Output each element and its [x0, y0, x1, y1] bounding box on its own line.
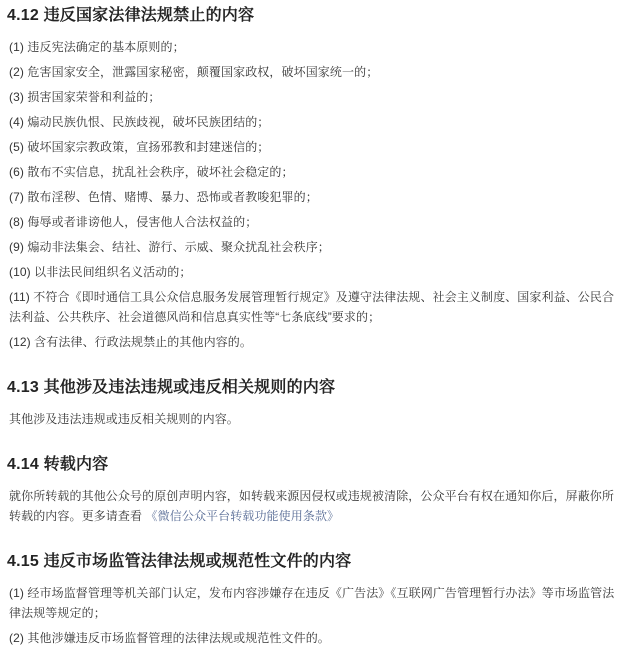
clause-item: (2) 危害国家安全，泄露国家秘密，颠覆国家政权，破坏国家统一的； — [7, 62, 618, 82]
paragraph-text: (4) 煽动民族仇恨、民族歧视，破坏民族团结的； — [9, 115, 269, 129]
section-heading: 4.13 其他涉及违法违规或违反相关规则的内容 — [7, 378, 618, 397]
paragraph-text: (7) 散布淫秽、色情、赌博、暴力、恐怖或者教唆犯罪的； — [9, 190, 318, 204]
clause-item: (9) 煽动非法集会、结社、游行、示威、聚众扰乱社会秩序； — [7, 237, 618, 257]
paragraph-text: (10) 以非法民间组织名义活动的； — [9, 265, 191, 279]
terms-section: 4.15 违反市场监管法律法规或规范性文件的内容(1) 经市场监督管理等机关部门… — [7, 552, 618, 648]
body-paragraph: 就你所转载的其他公众号的原创声明内容，如转载来源因侵权或违规被清除，公众平台有权… — [7, 486, 618, 526]
paragraph-text: (3) 损害国家荣誉和利益的； — [9, 90, 161, 104]
paragraph-text: (2) 危害国家安全，泄露国家秘密，颠覆国家政权，破坏国家统一的； — [9, 65, 378, 79]
section-heading: 4.12 违反国家法律法规禁止的内容 — [7, 6, 618, 25]
paragraph-text: (12) 含有法律、行政法规禁止的其他内容的。 — [9, 335, 252, 349]
paragraph-text: (1) 经市场监督管理等机关部门认定，发布内容涉嫌存在违反《广告法》《互联网广告… — [9, 586, 614, 620]
terms-section: 4.14 转载内容就你所转载的其他公众号的原创声明内容，如转载来源因侵权或违规被… — [7, 455, 618, 526]
clause-item: (7) 散布淫秽、色情、赌博、暴力、恐怖或者教唆犯罪的； — [7, 187, 618, 207]
terms-document: 4.12 违反国家法律法规禁止的内容(1) 违反宪法确定的基本原则的；(2) 危… — [0, 0, 624, 663]
paragraph-text: (8) 侮辱或者诽谤他人，侵害他人合法权益的； — [9, 215, 257, 229]
clause-item: (6) 散布不实信息，扰乱社会秩序，破坏社会稳定的； — [7, 162, 618, 182]
paragraph-text: (11) 不符合《即时通信工具公众信息服务发展管理暂行规定》及遵守法律法规、社会… — [9, 290, 614, 324]
paragraph-text: (5) 破坏国家宗教政策，宣扬邪教和封建迷信的； — [9, 140, 269, 154]
paragraph-text: (2) 其他涉嫌违反市场监督管理的法律法规或规范性文件的。 — [9, 631, 330, 645]
clause-item: (5) 破坏国家宗教政策，宣扬邪教和封建迷信的； — [7, 137, 618, 157]
section-heading: 4.14 转载内容 — [7, 455, 618, 474]
body-paragraph: 其他涉及违法违规或违反相关规则的内容。 — [7, 409, 618, 429]
clause-item: (11) 不符合《即时通信工具公众信息服务发展管理暂行规定》及遵守法律法规、社会… — [7, 287, 618, 327]
clause-item: (8) 侮辱或者诽谤他人，侵害他人合法权益的； — [7, 212, 618, 232]
reprint-terms-link[interactable]: 《微信公众平台转载功能使用条款》 — [146, 509, 340, 523]
paragraph-text: 其他涉及违法违规或违反相关规则的内容。 — [9, 412, 239, 426]
clause-item: (10) 以非法民间组织名义活动的； — [7, 262, 618, 282]
paragraph-text: (6) 散布不实信息，扰乱社会秩序，破坏社会稳定的； — [9, 165, 294, 179]
clause-item: (4) 煽动民族仇恨、民族歧视，破坏民族团结的； — [7, 112, 618, 132]
paragraph-text: (9) 煽动非法集会、结社、游行、示威、聚众扰乱社会秩序； — [9, 240, 330, 254]
clause-item: (2) 其他涉嫌违反市场监督管理的法律法规或规范性文件的。 — [7, 628, 618, 648]
clause-item: (1) 违反宪法确定的基本原则的； — [7, 37, 618, 57]
section-heading: 4.15 违反市场监管法律法规或规范性文件的内容 — [7, 552, 618, 571]
terms-section: 4.13 其他涉及违法违规或违反相关规则的内容其他涉及违法违规或违反相关规则的内… — [7, 378, 618, 429]
clause-item: (12) 含有法律、行政法规禁止的其他内容的。 — [7, 332, 618, 352]
clause-item: (1) 经市场监督管理等机关部门认定，发布内容涉嫌存在违反《广告法》《互联网广告… — [7, 583, 618, 623]
paragraph-text: (1) 违反宪法确定的基本原则的； — [9, 40, 185, 54]
terms-section: 4.12 违反国家法律法规禁止的内容(1) 违反宪法确定的基本原则的；(2) 危… — [7, 6, 618, 352]
clause-item: (3) 损害国家荣誉和利益的； — [7, 87, 618, 107]
